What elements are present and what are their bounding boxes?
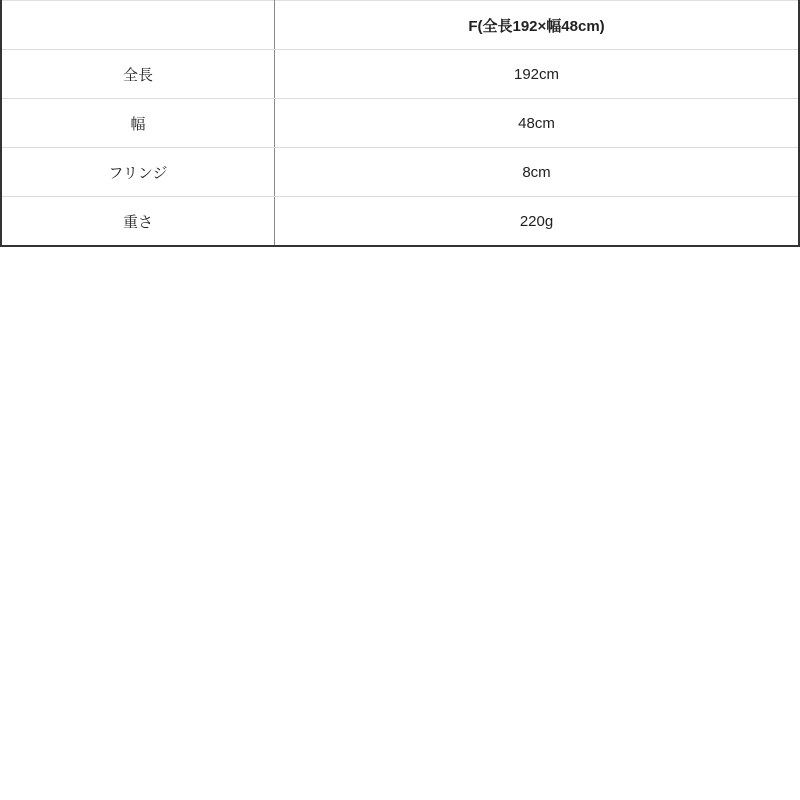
table-row: 重さ 220g xyxy=(1,197,799,247)
table-row: 幅 48cm xyxy=(1,99,799,148)
row-value-weight: 220g xyxy=(275,197,800,247)
header-size-cell: F(全長192×幅48cm) xyxy=(275,1,800,50)
row-label-total-length: 全長 xyxy=(1,50,275,99)
table-row: フリンジ 8cm xyxy=(1,148,799,197)
table-row: 全長 192cm xyxy=(1,50,799,99)
row-value-width: 48cm xyxy=(275,99,800,148)
row-label-fringe: フリンジ xyxy=(1,148,275,197)
row-label-weight: 重さ xyxy=(1,197,275,247)
header-label-cell xyxy=(1,1,275,50)
row-value-fringe: 8cm xyxy=(275,148,800,197)
row-value-total-length: 192cm xyxy=(275,50,800,99)
row-label-width: 幅 xyxy=(1,99,275,148)
size-spec-table: F(全長192×幅48cm) 全長 192cm 幅 48cm フリンジ 8cm … xyxy=(0,0,800,247)
table-header-row: F(全長192×幅48cm) xyxy=(1,1,799,50)
